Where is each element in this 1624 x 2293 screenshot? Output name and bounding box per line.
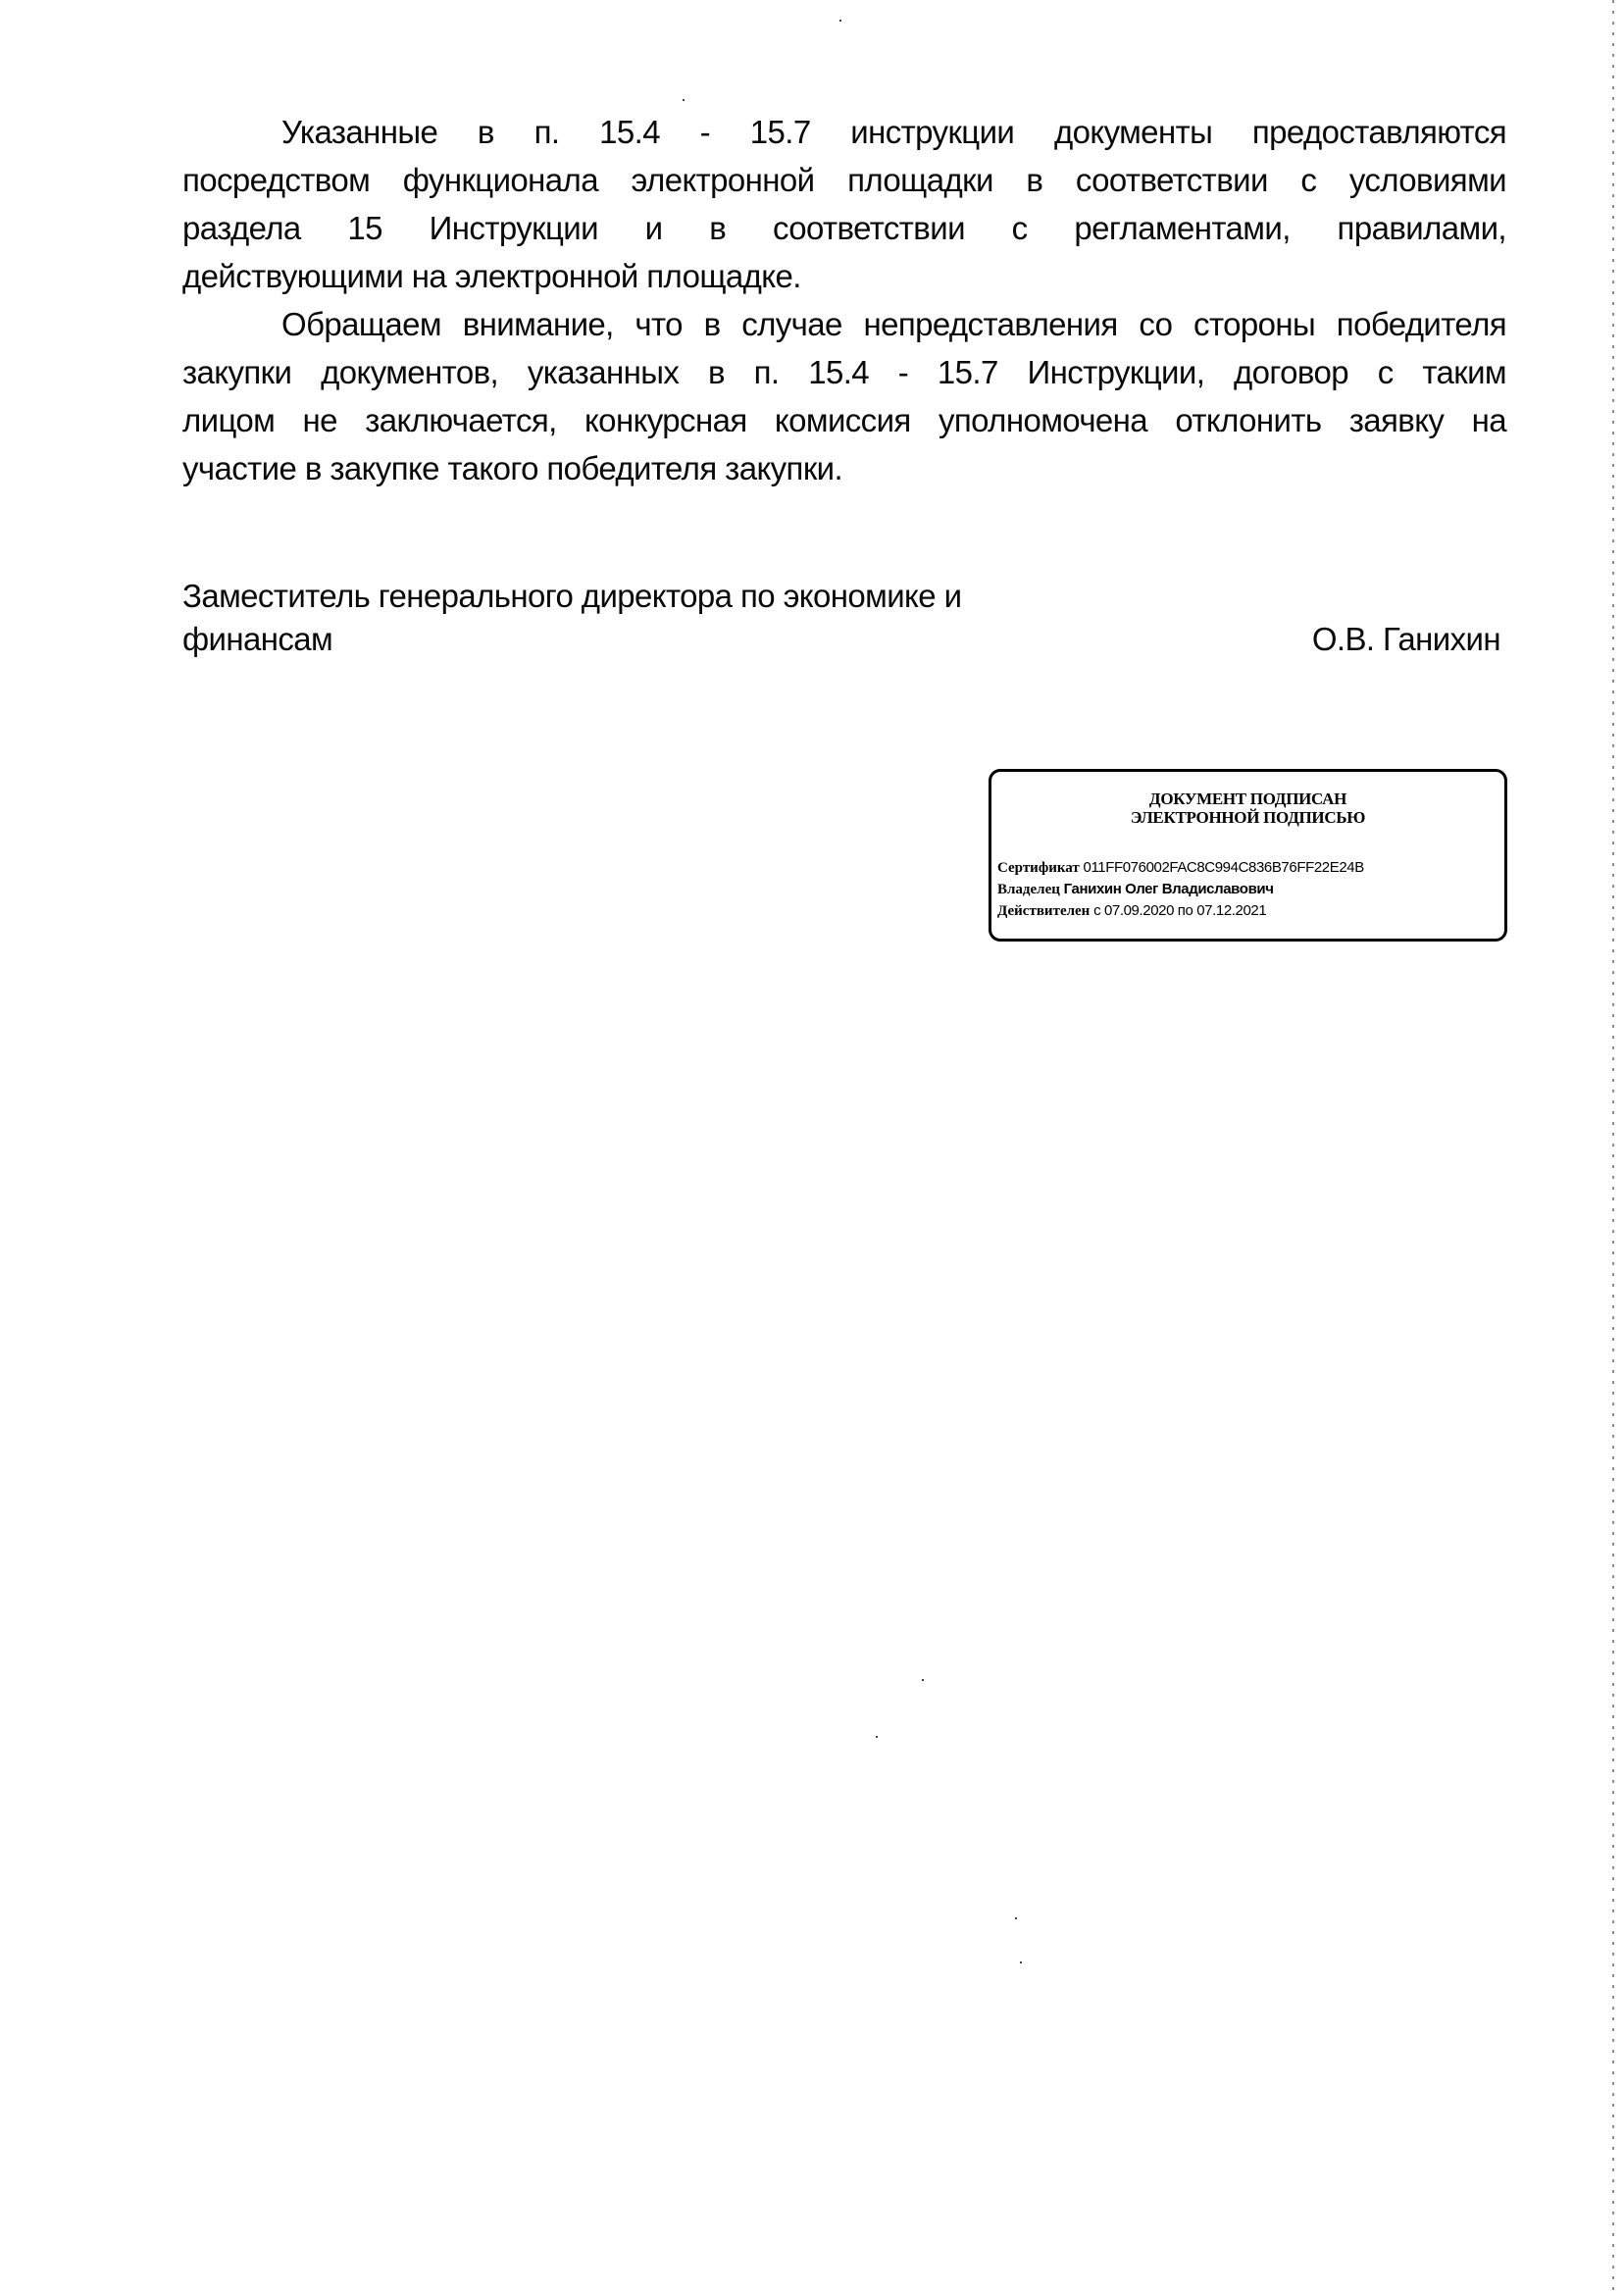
scan-speck <box>922 1679 924 1681</box>
electronic-signature-stamp: ДОКУМЕНТ ПОДПИСАН ЭЛЕКТРОННОЙ ПОДПИСЬЮ С… <box>989 769 1507 942</box>
stamp-details: Сертификат 011FF076002FAC8C994C836B76FF2… <box>997 857 1364 922</box>
validity-value: с 07.09.2020 по 07.12.2021 <box>1093 902 1266 919</box>
paragraph-line: Обращаем внимание, что в случае непредст… <box>182 300 1506 348</box>
signatory-title-line: Заместитель генерального директора по эк… <box>182 575 1506 618</box>
paragraph-line: Указанные в п. 15.4 - 15.7 инструкции до… <box>182 108 1506 156</box>
signatory-name: О.В. Ганихин <box>1312 618 1500 661</box>
paragraph-line: участие в закупке такого победителя заку… <box>182 444 1506 492</box>
stamp-validity-row: Действителен с 07.09.2020 по 07.12.2021 <box>997 900 1364 922</box>
owner-value: Ганихин Олег Владиславович <box>1064 881 1274 897</box>
paragraph-line: закупки документов, указанных в п. 15.4 … <box>182 348 1506 396</box>
owner-label: Владелец <box>997 882 1060 897</box>
scan-speck <box>839 20 841 22</box>
scan-speck <box>876 1736 878 1738</box>
signatory-title-line: финансам <box>182 618 1506 661</box>
scan-speck <box>1015 1917 1017 1919</box>
scan-speck <box>1020 1962 1022 1963</box>
document-page: Указанные в п. 15.4 - 15.7 инструкции до… <box>0 0 1624 2293</box>
scan-edge-artifact <box>1612 0 1614 2293</box>
paragraph-line: лицом не заключается, конкурсная комисси… <box>182 396 1506 444</box>
scan-speck <box>683 99 685 101</box>
paragraph-line: действующими на электронной площадке. <box>182 252 1506 300</box>
stamp-certificate-row: Сертификат 011FF076002FAC8C994C836B76FF2… <box>997 857 1364 879</box>
stamp-owner-row: Владелец Ганихин Олег Владиславович <box>997 879 1364 900</box>
stamp-heading: ДОКУМЕНТ ПОДПИСАН ЭЛЕКТРОННОЙ ПОДПИСЬЮ <box>991 790 1504 827</box>
paragraph-line: раздела 15 Инструкции и в соответствии с… <box>182 204 1506 252</box>
stamp-heading-line: ДОКУМЕНТ ПОДПИСАН <box>991 790 1504 808</box>
signature-block: Заместитель генерального директора по эк… <box>182 575 1506 661</box>
certificate-label: Сертификат <box>997 860 1080 876</box>
certificate-value: 011FF076002FAC8C994C836B76FF22E24B <box>1084 859 1364 876</box>
stamp-heading-line: ЭЛЕКТРОННОЙ ПОДПИСЬЮ <box>991 808 1504 827</box>
validity-label: Действителен <box>997 903 1090 919</box>
paragraph-warning: Обращаем внимание, что в случае непредст… <box>182 300 1506 492</box>
paragraph-documents-submission: Указанные в п. 15.4 - 15.7 инструкции до… <box>182 108 1506 300</box>
paragraph-line: посредством функционала электронной площ… <box>182 156 1506 204</box>
